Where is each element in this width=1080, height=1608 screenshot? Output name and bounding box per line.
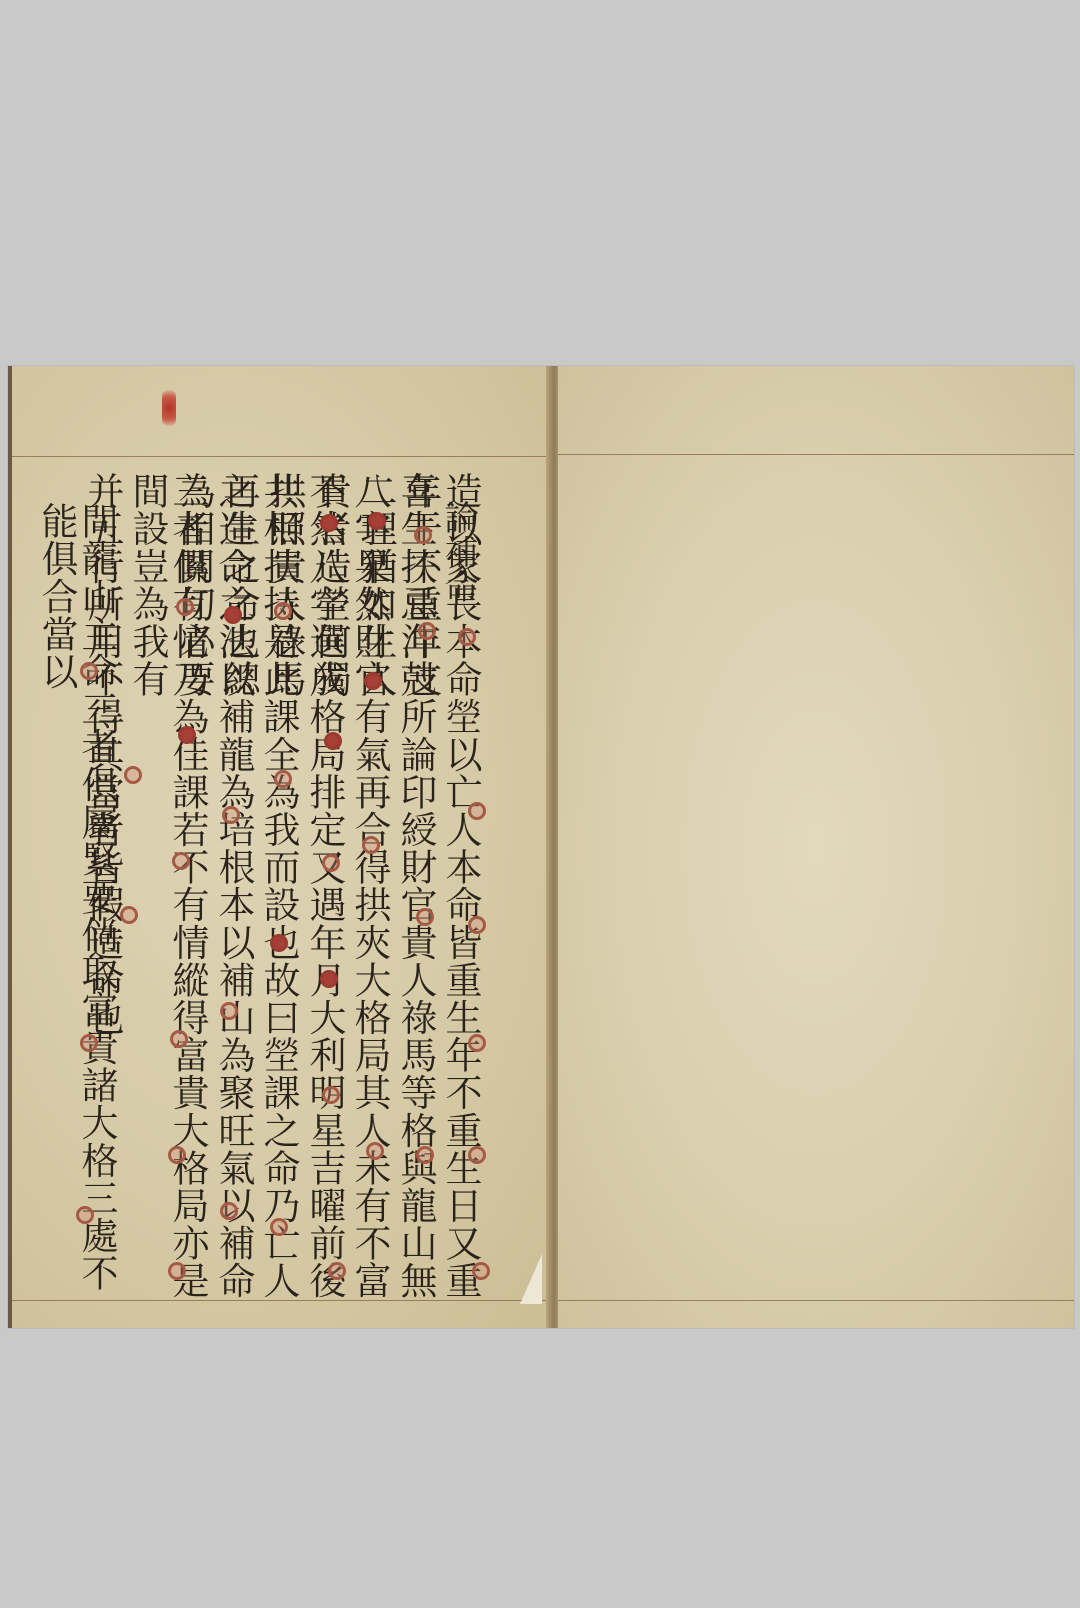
- top-rule-line: [12, 456, 556, 457]
- bottom-rule-line: [558, 1300, 1074, 1301]
- punctuation-mark: [322, 1086, 340, 1104]
- right-page: [558, 366, 1074, 1328]
- punctuation-mark: [468, 802, 486, 820]
- book-spread: 論補命 造以家長本命塋以亡人本命皆重生年不重生日又重年干不重年支 喜生扶忌沖尅所…: [8, 366, 1074, 1328]
- punctuation-mark: [274, 602, 292, 620]
- punctuation-mark: [80, 1034, 98, 1052]
- punctuation-mark: [362, 836, 380, 854]
- punctuation-mark: [364, 672, 382, 690]
- punctuation-mark: [416, 908, 434, 926]
- punctuation-mark: [274, 770, 292, 788]
- punctuation-mark: [76, 1206, 94, 1224]
- punctuation-mark: [320, 970, 338, 988]
- punctuation-mark: [224, 606, 242, 624]
- text-column-9: 問龍山主命三者俱屬緊要倘取富貴諸大格三處不能俱合當以: [36, 502, 116, 1328]
- punctuation-mark: [472, 1262, 490, 1280]
- punctuation-mark: [220, 1202, 238, 1220]
- punctuation-mark: [168, 1262, 186, 1280]
- punctuation-mark: [120, 906, 138, 924]
- punctuation-mark: [178, 726, 196, 744]
- punctuation-mark: [366, 1142, 384, 1160]
- punctuation-mark: [468, 1034, 486, 1052]
- left-page: 論補命 造以家長本命塋以亡人本命皆重生年不重生日又重年干不重年支 喜生扶忌沖尅所…: [8, 366, 556, 1328]
- punctuation-mark: [418, 622, 436, 640]
- punctuation-mark: [172, 852, 190, 870]
- punctuation-mark: [468, 916, 486, 934]
- punctuation-mark: [270, 934, 288, 952]
- punctuation-mark: [170, 1030, 188, 1048]
- punctuation-mark: [222, 806, 240, 824]
- punctuation-mark: [414, 526, 432, 544]
- red-seal-icon: [162, 390, 176, 426]
- punctuation-mark: [168, 1146, 186, 1164]
- punctuation-mark: [416, 1146, 434, 1164]
- text-column-7: 三者俱有情乃為佳課若不有情縱得富貴大格局亦是間設豈為我有: [127, 472, 207, 1328]
- folded-page-corner: [520, 1254, 542, 1304]
- punctuation-mark: [124, 766, 142, 784]
- punctuation-mark: [324, 732, 342, 750]
- top-rule-line: [558, 454, 1074, 455]
- punctuation-mark: [322, 854, 340, 872]
- punctuation-mark: [270, 1218, 288, 1236]
- punctuation-mark: [368, 512, 386, 530]
- punctuation-mark: [80, 662, 98, 680]
- punctuation-mark: [220, 1002, 238, 1020]
- punctuation-mark: [468, 1146, 486, 1164]
- punctuation-mark: [176, 598, 194, 616]
- punctuation-mark: [458, 628, 476, 646]
- punctuation-mark: [320, 514, 338, 532]
- punctuation-mark: [328, 1262, 346, 1280]
